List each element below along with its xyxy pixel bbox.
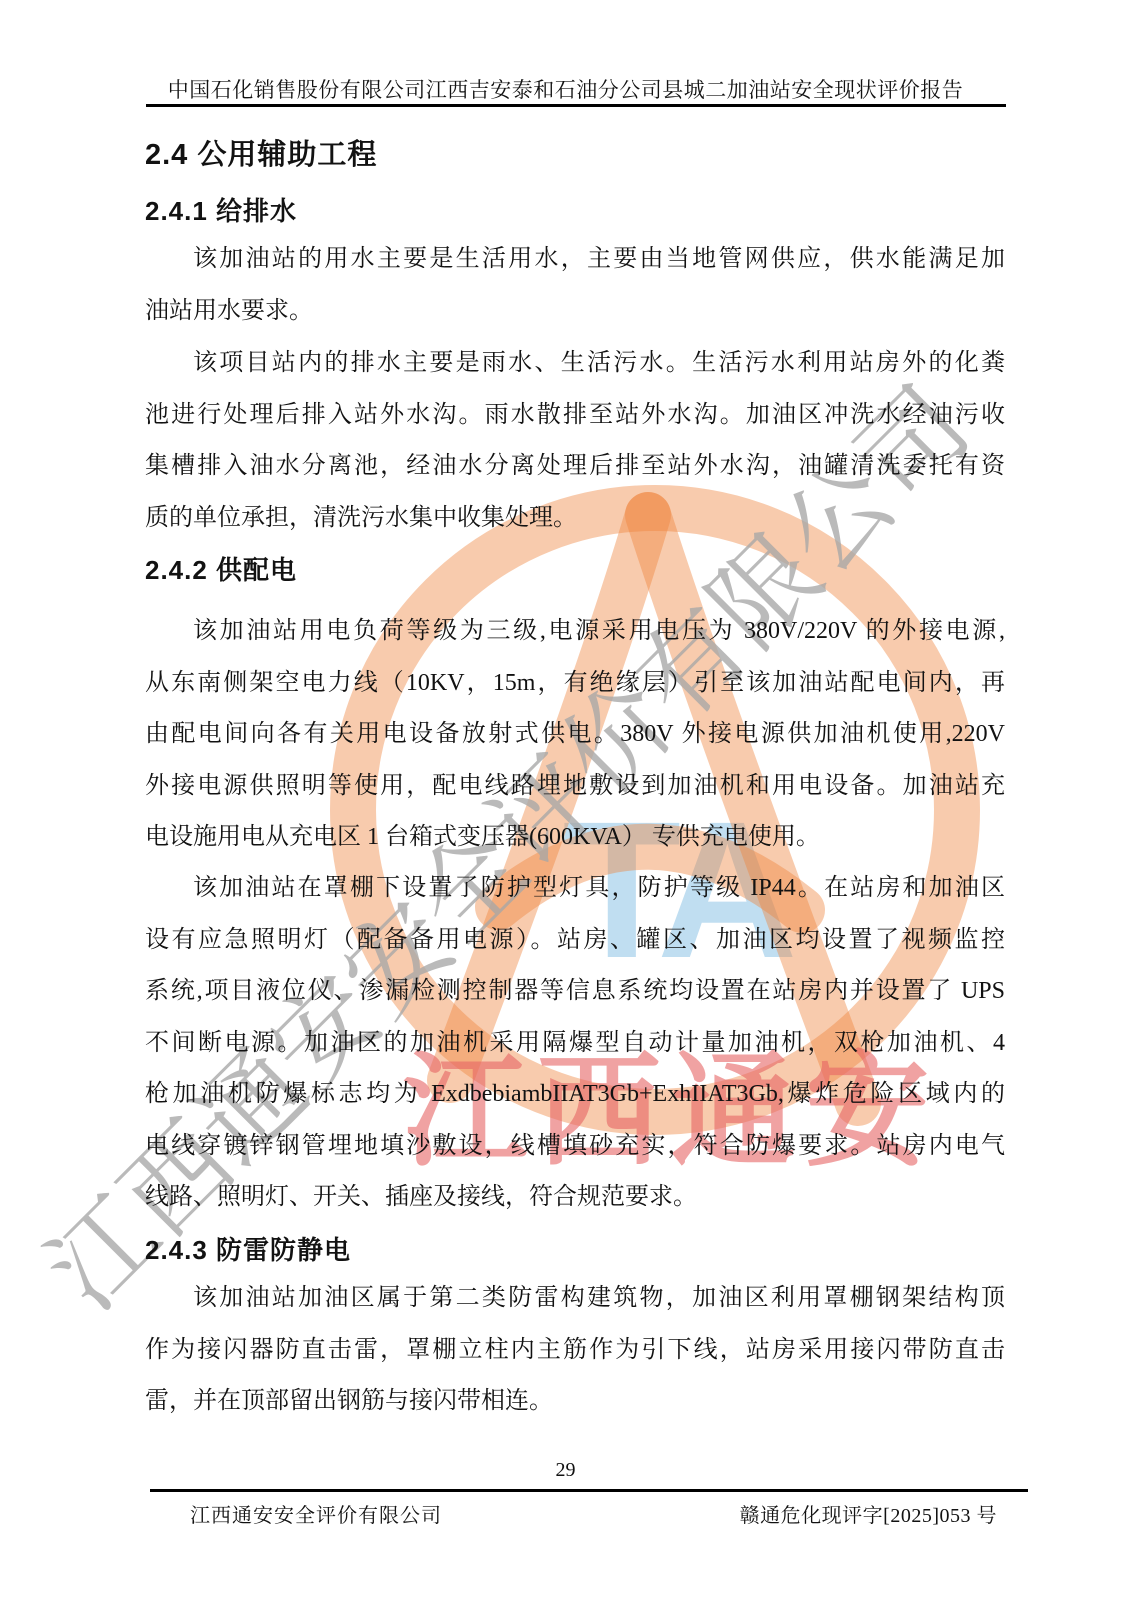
- text-line: 线路、照明灯、开关、插座及接线，符合规范要求。: [145, 1172, 1005, 1224]
- text-line: 设有应急照明灯（配备备用电源）。站房、罐区、加油区均设置了视频监控: [145, 915, 1005, 967]
- text-line: 该加油站用电负荷等级为三级,电源采用电压为 380V/220V 的外接电源,: [145, 606, 1005, 658]
- text-line: 电设施用电从充电区 1 台箱式变压器(600KVA） 专供充电使用。: [145, 812, 1005, 864]
- text-line: 该加油站加油区属于第二类防雷构建筑物，加油区利用罩棚钢架结构顶: [145, 1273, 1005, 1325]
- text-line: 从东南侧架空电力线（10KV，15m，有绝缘层）引至该加油站配电间内，再: [145, 658, 1005, 710]
- text-line: 该加油站的用水主要是生活用水，主要由当地管网供应，供水能满足加: [145, 234, 1005, 286]
- header-rule: [146, 104, 1006, 107]
- paragraph-power-supply: 该加油站用电负荷等级为三级,电源采用电压为 380V/220V 的外接电源, 从…: [145, 606, 1005, 864]
- text-line: 该项目站内的排水主要是雨水、生活污水。生活污水利用站房外的化粪: [145, 338, 1005, 390]
- report-header-title: 中国石化销售股份有限公司江西吉安泰和石油分公司县城二加油站安全现状评价报告: [0, 78, 1131, 103]
- text-line: 雷，并在顶部留出钢筋与接闪带相连。: [145, 1376, 1005, 1428]
- paragraph-water-supply: 该加油站的用水主要是生活用水，主要由当地管网供应，供水能满足加 油站用水要求。: [145, 234, 1005, 337]
- footer-rule: [150, 1489, 1028, 1492]
- text-line: 集槽排入油水分离池，经油水分离处理后排至站外水沟，油罐清洗委托有资: [145, 441, 1005, 493]
- text-line: 外接电源供照明等使用，配电线路埋地敷设到加油机和用电设备。加油站充: [145, 761, 1005, 813]
- heading-2-4-2: 2.4.2 供配电: [145, 556, 297, 586]
- heading-2-4-3: 2.4.3 防雷防静电: [145, 1236, 351, 1266]
- text-line: 油站用水要求。: [145, 286, 1005, 338]
- text-line: 作为接闪器防直击雷，罩棚立柱内主筋作为引下线，站房采用接闪带防直击: [145, 1325, 1005, 1377]
- text-line: 电线穿镀锌钢管埋地填沙敷设，线槽填砂充实，符合防爆要求。站房内电气: [145, 1121, 1005, 1173]
- text-line: 枪加油机防爆标志均为 ExdbebiambIIAT3Gb+ExhIIAT3Gb,…: [145, 1069, 1005, 1121]
- paragraph-drainage: 该项目站内的排水主要是雨水、生活污水。生活污水利用站房外的化粪 池进行处理后排入…: [145, 338, 1005, 544]
- document-page: TA 江西通安安全评价有限公司 江西通安 中国石化销售股份有限公司江西吉安泰和石…: [0, 0, 1131, 1600]
- text-line: 该加油站在罩棚下设置了防护型灯具，防护等级 IP44。在站房和加油区: [145, 863, 1005, 915]
- heading-2-4-1: 2.4.1 给排水: [145, 197, 297, 227]
- text-line: 由配电间向各有关用电设备放射式供电。380V 外接电源供加油机使用,220V: [145, 709, 1005, 761]
- heading-2-4: 2.4 公用辅助工程: [145, 139, 377, 172]
- paragraph-lightning-protection: 该加油站加油区属于第二类防雷构建筑物，加油区利用罩棚钢架结构顶 作为接闪器防直击…: [145, 1273, 1005, 1428]
- paragraph-lighting-explosionproof: 该加油站在罩棚下设置了防护型灯具，防护等级 IP44。在站房和加油区 设有应急照…: [145, 863, 1005, 1224]
- text-line: 系统,项目液位仪、渗漏检测控制器等信息系统均设置在站房内并设置了 UPS: [145, 966, 1005, 1018]
- page-number: 29: [0, 1458, 1131, 1482]
- footer-doc-number: 赣通危化现评字[2025]053 号: [740, 1503, 997, 1529]
- text-line: 池进行处理后排入站外水沟。雨水散排至站外水沟。加油区冲洗水经油污收: [145, 390, 1005, 442]
- footer-company: 江西通安安全评价有限公司: [190, 1503, 442, 1529]
- text-line: 质的单位承担，清洗污水集中收集处理。: [145, 493, 1005, 545]
- text-line: 不间断电源。加油区的加油机采用隔爆型自动计量加油机，双枪加油机、4: [145, 1018, 1005, 1070]
